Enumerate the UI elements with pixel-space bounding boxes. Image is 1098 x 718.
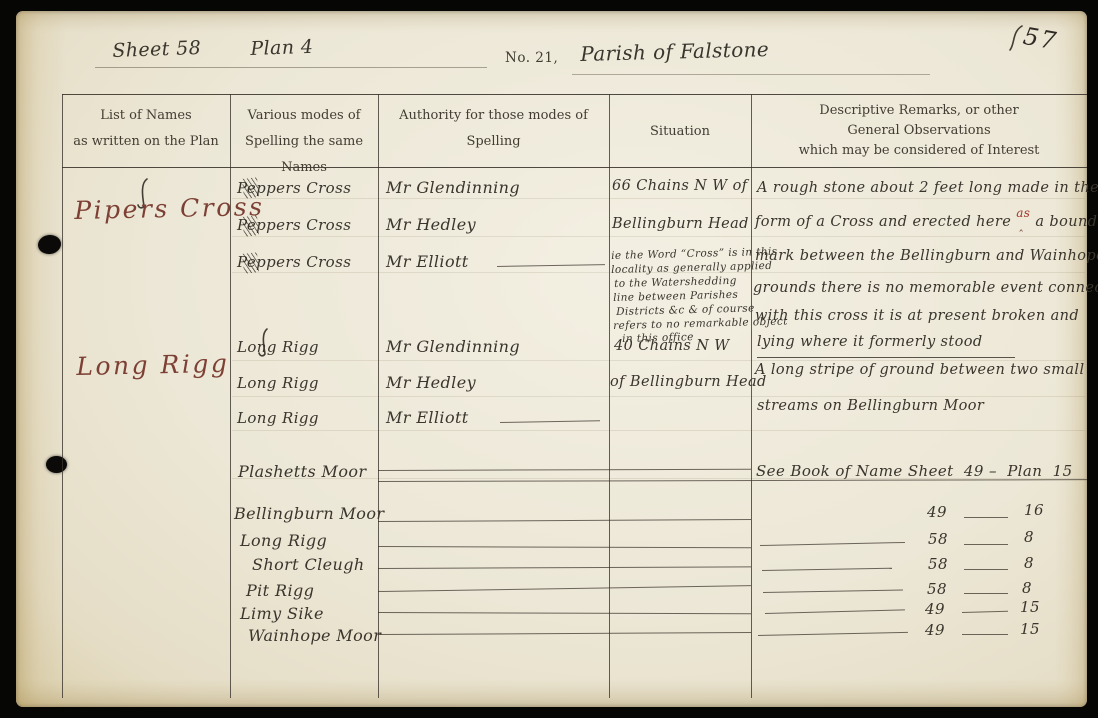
faint-baseline bbox=[232, 396, 1085, 397]
scanned-document: Sheet 58 Plan 4 No. 21, Parish of Falsto… bbox=[0, 0, 1098, 718]
index-name: Wainhope Moor bbox=[248, 626, 381, 645]
authority-entry: Mr Elliott bbox=[386, 252, 469, 271]
index-name: Long Rigg bbox=[240, 531, 327, 550]
plan-ref: 15 bbox=[1020, 598, 1040, 616]
sheet-ref: 49 bbox=[925, 600, 945, 618]
header-line: Spelling bbox=[378, 129, 609, 155]
ref-dash bbox=[964, 569, 1008, 570]
plan-ref: 16 bbox=[1024, 501, 1044, 519]
sheet-number: Sheet 58 bbox=[112, 37, 202, 62]
header-line: as written on the Plan bbox=[62, 129, 230, 155]
faint-baseline bbox=[232, 198, 1085, 199]
situation-line: of Bellingburn Head bbox=[610, 374, 767, 390]
plan-label: Plan bbox=[1007, 462, 1042, 480]
index-name: Plashetts Moor bbox=[238, 462, 366, 481]
sheet-ref: 49 bbox=[927, 503, 947, 521]
remark-line: mark between the Bellingburn and Wainhop… bbox=[755, 248, 1098, 264]
see-book-text: See Book of Name Sheet bbox=[756, 462, 954, 480]
header-underline bbox=[572, 74, 930, 75]
ref-dash bbox=[962, 634, 1008, 635]
form-number: No. 21, bbox=[505, 50, 558, 66]
page-number: 57 bbox=[1021, 22, 1060, 56]
authority-entry: Mr Hedley bbox=[386, 215, 476, 234]
index-name: Pit Rigg bbox=[246, 581, 314, 600]
remark-line: lying where it formerly stood bbox=[757, 334, 983, 350]
faint-baseline bbox=[232, 360, 1085, 361]
remark-line: A long stripe of ground between two smal… bbox=[755, 362, 1085, 378]
situation-line: 66 Chains N W of bbox=[612, 178, 747, 194]
ref-dash bbox=[964, 517, 1008, 518]
inserted-word: as bbox=[1016, 206, 1030, 220]
header-line: which may be considered of Interest bbox=[751, 141, 1087, 161]
correction-hatch bbox=[242, 215, 259, 236]
authority-entry: Mr Elliott bbox=[386, 408, 469, 427]
index-name: Limy Sike bbox=[240, 604, 324, 623]
header-line: Authority for those modes of bbox=[378, 103, 609, 129]
remark-line: grounds there is no memorable event conn… bbox=[753, 280, 1098, 296]
column-divider bbox=[230, 94, 231, 698]
header-underline bbox=[95, 67, 487, 68]
sheet-ref: 58 bbox=[927, 580, 947, 598]
remark-text: form of a Cross and erected here bbox=[755, 214, 1011, 230]
correction-hatch bbox=[242, 177, 259, 198]
column-header-spelling-modes: Various modes of Spelling the same Names bbox=[230, 103, 378, 181]
column-header-authority: Authority for those modes of Spelling bbox=[378, 103, 609, 155]
spelling-entry: Long Rigg bbox=[237, 374, 319, 392]
correction-hatch bbox=[242, 252, 259, 273]
plan-ref: 15 bbox=[1020, 620, 1040, 638]
plan-number: Plan 4 bbox=[250, 36, 314, 60]
index-name: Short Cleugh bbox=[252, 555, 365, 574]
header-line: Situation bbox=[609, 119, 751, 145]
situation-line: 40 Chains N W bbox=[614, 338, 730, 354]
authority-entry: Mr Glendinning bbox=[386, 178, 520, 197]
header-line: List of Names bbox=[62, 103, 230, 129]
faint-baseline bbox=[232, 430, 1085, 431]
index-reference: See Book of Name Sheet 49 – Plan 15 bbox=[756, 462, 1073, 480]
column-header-situation: Situation bbox=[609, 119, 751, 145]
remark-text: a boundary bbox=[1035, 214, 1098, 230]
sheet-ref: 49 bbox=[925, 621, 945, 639]
entry-separator-rule bbox=[757, 357, 1015, 358]
plan-ref: 8 bbox=[1022, 579, 1032, 597]
sheet-ref: 49 bbox=[964, 462, 984, 480]
parish-name: Parish of Falstone bbox=[580, 37, 769, 66]
remark-line: streams on Bellingburn Moor bbox=[757, 398, 984, 414]
ref-dash bbox=[964, 593, 1008, 594]
header-line: Spelling the same Names bbox=[230, 129, 378, 181]
header-line: Descriptive Remarks, or other bbox=[751, 101, 1087, 121]
column-header-names: List of Names as written on the Plan bbox=[62, 103, 230, 155]
header-line: Various modes of bbox=[230, 103, 378, 129]
ref-dash bbox=[964, 544, 1008, 545]
authority-entry: Mr Glendinning bbox=[386, 337, 520, 356]
spelling-entry: Long Rigg bbox=[237, 338, 319, 356]
remark-line: with this cross it is at present broken … bbox=[755, 308, 1079, 324]
column-header-remarks: Descriptive Remarks, or other General Ob… bbox=[751, 101, 1087, 161]
remark-line: form of a Cross and erected hereasa boun… bbox=[755, 214, 1098, 230]
plan-name: Long Rigg bbox=[76, 349, 230, 381]
situation-line: Bellingburn Head bbox=[612, 216, 749, 232]
index-name: Bellingburn Moor bbox=[234, 504, 384, 523]
authority-entry: Mr Hedley bbox=[386, 373, 476, 392]
sheet-ref: 58 bbox=[928, 555, 948, 573]
faint-baseline bbox=[232, 236, 1085, 237]
column-divider bbox=[62, 94, 63, 698]
table-top-rule bbox=[62, 94, 1087, 95]
plan-ref: 8 bbox=[1024, 528, 1034, 546]
header-bottom-rule bbox=[62, 167, 1087, 168]
sheet-ref: 58 bbox=[928, 530, 948, 548]
punch-hole bbox=[46, 456, 67, 473]
remark-line: A rough stone about 2 feet long made in … bbox=[757, 180, 1098, 196]
spelling-entry: Long Rigg bbox=[237, 409, 319, 427]
header-line: General Observations bbox=[751, 121, 1087, 141]
plan-ref: 15 bbox=[1053, 462, 1073, 480]
plan-ref: 8 bbox=[1024, 554, 1034, 572]
